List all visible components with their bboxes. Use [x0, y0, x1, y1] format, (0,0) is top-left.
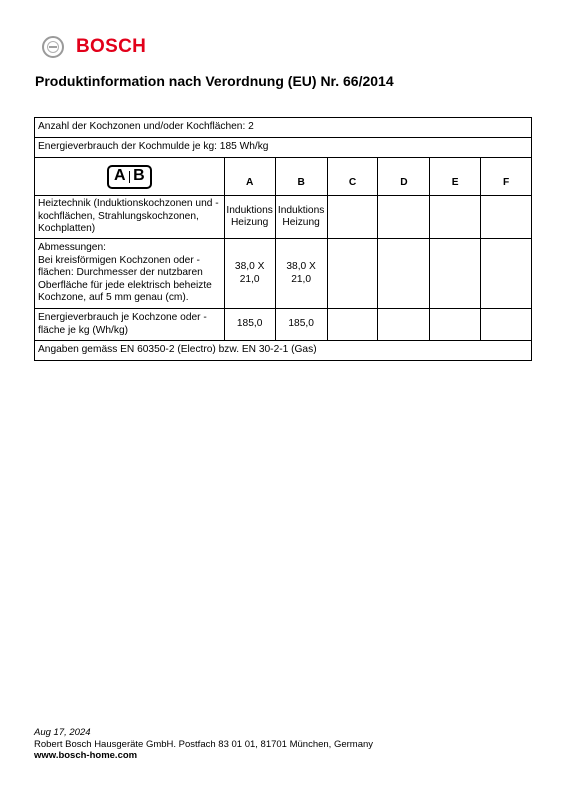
cell-value [378, 196, 430, 239]
cell-value [481, 196, 532, 239]
brand-logo: BOSCH [42, 36, 146, 58]
row-label-text: Bei kreisförmigen Kochzonen oder -fläche… [38, 255, 221, 305]
cell-value [327, 309, 378, 341]
cell-value [378, 239, 430, 309]
brand-name: BOSCH [76, 36, 146, 58]
cell-value [327, 239, 378, 309]
standards-note: Angaben gemäss EN 60350-2 (Electro) bzw.… [35, 341, 532, 361]
table-row: Abmessungen: Bei kreisförmigen Kochzonen… [35, 239, 532, 309]
column-header: A [224, 158, 275, 196]
row-label: Heiztechnik (Induktionskochzonen und -ko… [35, 196, 225, 239]
zone-icon-left: A [114, 170, 126, 183]
table-row: Energieverbrauch der Kochmulde je kg: 18… [35, 138, 532, 158]
table-row: Anzahl der Kochzonen und/oder Kochfläche… [35, 118, 532, 138]
cell-value: 38,0 X 21,0 [275, 239, 327, 309]
cell-value: 185,0 [275, 309, 327, 341]
cell-value: 185,0 [224, 309, 275, 341]
zones-count: Anzahl der Kochzonen und/oder Kochfläche… [35, 118, 532, 138]
energy-total: Energieverbrauch der Kochmulde je kg: 18… [35, 138, 532, 158]
zone-icon-right: B [133, 170, 145, 183]
table-header-row: A B A B C D E F [35, 158, 532, 196]
cell-value [430, 239, 481, 309]
footer: Aug 17, 2024 Robert Bosch Hausgeräte Gmb… [34, 727, 373, 762]
table-row: Heiztechnik (Induktionskochzonen und -ko… [35, 196, 532, 239]
cell-value [481, 309, 532, 341]
cell-value [327, 196, 378, 239]
bosch-armature-icon [42, 36, 64, 58]
row-label: Abmessungen: Bei kreisförmigen Kochzonen… [35, 239, 225, 309]
footer-address: Robert Bosch Hausgeräte GmbH. Postfach 8… [34, 739, 373, 751]
column-header: F [481, 158, 532, 196]
cell-value: Induktions Heizung [224, 196, 275, 239]
row-label-title: Abmessungen: [38, 242, 221, 255]
footer-url[interactable]: www.bosch-home.com [34, 750, 373, 762]
zone-icon-cell: A B [35, 158, 225, 196]
row-label: Energieverbrauch je Kochzone oder -fläch… [35, 309, 225, 341]
table-row: Energieverbrauch je Kochzone oder -fläch… [35, 309, 532, 341]
column-header: D [378, 158, 430, 196]
cell-value [430, 309, 481, 341]
cell-value [378, 309, 430, 341]
column-header: E [430, 158, 481, 196]
column-header: B [275, 158, 327, 196]
cooking-zones-icon: A B [107, 165, 152, 189]
cell-value: Induktions Heizung [275, 196, 327, 239]
column-header: C [327, 158, 378, 196]
cell-value: 38,0 X 21,0 [224, 239, 275, 309]
table-row: Angaben gemäss EN 60350-2 (Electro) bzw.… [35, 341, 532, 361]
footer-date: Aug 17, 2024 [34, 727, 373, 739]
page-title: Produktinformation nach Verordnung (EU) … [35, 73, 394, 89]
cell-value [430, 196, 481, 239]
cell-value [481, 239, 532, 309]
product-info-table: Anzahl der Kochzonen und/oder Kochfläche… [34, 117, 532, 361]
